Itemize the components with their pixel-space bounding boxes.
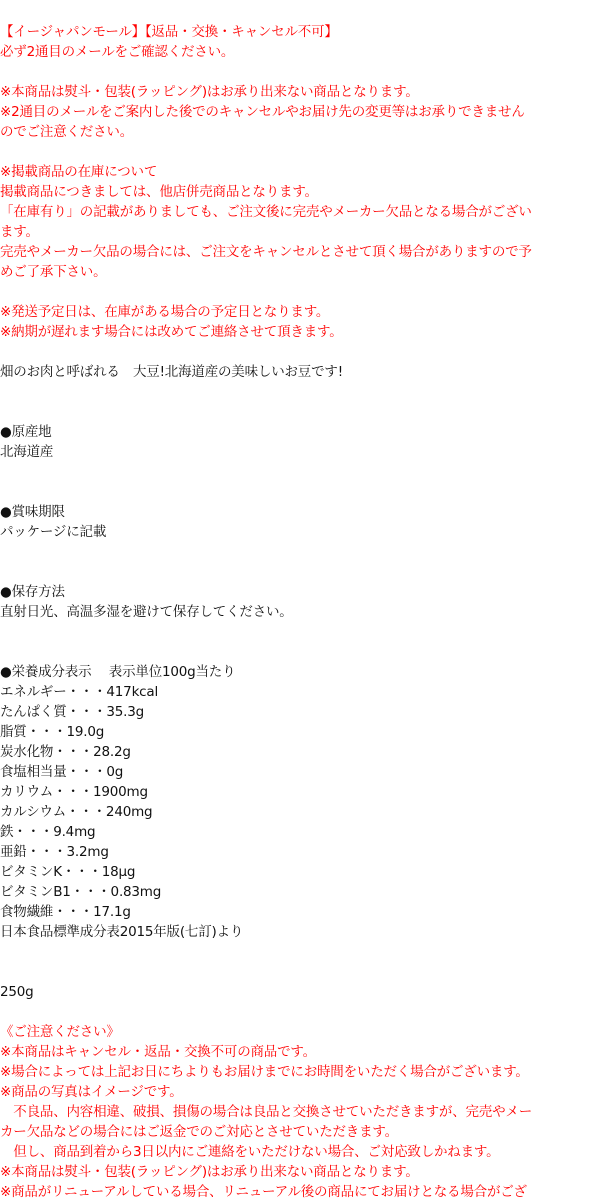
shipping-notice: ※発送予定日は、在庫がある場合の予定日となります。 ※納期が遅れます場合には改め…: [0, 302, 600, 342]
caution-line: ※場合によっては上記お日にちよりもお届けまでにお時間をいただく場合がございます。: [0, 1062, 600, 1082]
caution-line: カー欠品などの場合にはご返金でのご対応とさせていただきます。: [0, 1122, 600, 1142]
notice-line: 完売やメーカー欠品の場合には、ご注文をキャンセルとさせて頂く場合がありますので予: [0, 242, 600, 262]
spacer: [0, 342, 600, 362]
nutrition-item: 食物繊維・・・17.1g: [0, 902, 600, 922]
best-before-section: ●賞味期限 パッケージに記載: [0, 502, 600, 542]
nutrition-item: ビタミンB1・・・0.83mg: [0, 882, 600, 902]
section-heading: ●保存方法: [0, 582, 600, 602]
origin-section: ●原産地 北海道産: [0, 422, 600, 462]
notice-line: ※2通目のメールをご案内した後でのキャンセルやお届け先の変更等はお承りできません: [0, 102, 600, 122]
caution-heading: 《ご注意ください》: [0, 1022, 600, 1042]
nutrition-item: ビタミンK・・・18μg: [0, 862, 600, 882]
stock-notice: ※掲載商品の在庫について 掲載商品につきましては、他店併売商品となります。 「在…: [0, 162, 600, 282]
wrapping-notice: ※本商品は熨斗・包装(ラッピング)はお承り出来ない商品となります。 ※2通目のメ…: [0, 82, 600, 142]
nutrition-item: 食塩相当量・・・0g: [0, 762, 600, 782]
notice-line: めご了承下さい。: [0, 262, 600, 282]
nutrition-item: カリウム・・・1900mg: [0, 782, 600, 802]
spacer: [0, 282, 600, 302]
nutrition-item: エネルギー・・・417kcal: [0, 682, 600, 702]
caution-line: 但し、商品到着から3日以内にご連絡をいただけない場合、ご対応致しかねます。: [0, 1142, 600, 1162]
spacer: [0, 142, 600, 162]
caution-line: ※本商品はキャンセル・返品・交換不可の商品です。: [0, 1042, 600, 1062]
caution-line: ※商品の写真はイメージです。: [0, 1082, 600, 1102]
nutrition-item: 炭水化物・・・28.2g: [0, 742, 600, 762]
spacer: [0, 942, 600, 962]
spacer: [0, 1002, 600, 1022]
nutrition-item: 脂質・・・19.0g: [0, 722, 600, 742]
nutrition-source: 日本食品標準成分表2015年版(七訂)より: [0, 922, 600, 942]
notice-line: ※納期が遅れます場合には改めてご連絡させて頂きます。: [0, 322, 600, 342]
catchphrase: 畑のお肉と呼ばれる 大豆!北海道産の美味しいお豆です!: [0, 362, 600, 382]
spacer: [0, 622, 600, 642]
nutrition-item: 亜鉛・・・3.2mg: [0, 842, 600, 862]
notice-line: 「在庫有り」の記載がありましても、ご注文後に完売やメーカー欠品となる場合がござい: [0, 202, 600, 222]
caution-line: ※本商品は熨斗・包装(ラッピング)はお承り出来ない商品となります。: [0, 1162, 600, 1182]
section-heading: ●栄養成分表示 表示単位100g当たり: [0, 662, 600, 682]
section-value: 直射日光、高温多湿を避けて保存してください。: [0, 602, 600, 622]
caution-section: 《ご注意ください》 ※本商品はキャンセル・返品・交換不可の商品です。 ※場合によ…: [0, 1022, 600, 1200]
nutrition-item: カルシウム・・・240mg: [0, 802, 600, 822]
spacer: [0, 962, 600, 982]
spacer: [0, 642, 600, 662]
storage-section: ●保存方法 直射日光、高温多湿を避けて保存してください。: [0, 582, 600, 622]
spacer: [0, 562, 600, 582]
notice-line: ※本商品は熨斗・包装(ラッピング)はお承り出来ない商品となります。: [0, 82, 600, 102]
spacer: [0, 462, 600, 482]
spacer: [0, 382, 600, 402]
notice-line: ます。: [0, 222, 600, 242]
section-value: パッケージに記載: [0, 522, 600, 542]
spacer: [0, 482, 600, 502]
notice-line: ※掲載商品の在庫について: [0, 162, 600, 182]
notice-line: 必ず2通目のメールをご確認ください。: [0, 42, 600, 62]
caution-line: ※商品がリニューアルしている場合、リニューアル後の商品にてお届けとなる場合がござ: [0, 1182, 600, 1200]
notice-line: のでご注意ください。: [0, 122, 600, 142]
header-notice: 【イージャパンモール】【返品・交換・キャンセル不可】 必ず2通目のメールをご確認…: [0, 22, 600, 62]
spacer: [0, 542, 600, 562]
nutrition-item: 鉄・・・9.4mg: [0, 822, 600, 842]
notice-line: 【イージャパンモール】【返品・交換・キャンセル不可】: [0, 22, 600, 42]
product-description: 【イージャパンモール】【返品・交換・キャンセル不可】 必ず2通目のメールをご確認…: [0, 22, 600, 1200]
notice-line: ※発送予定日は、在庫がある場合の予定日となります。: [0, 302, 600, 322]
notice-line: 掲載商品につきましては、他店併売商品となります。: [0, 182, 600, 202]
caution-line: 不良品、内容相違、破損、損傷の場合は良品と交換させていただきますが、完売やメー: [0, 1102, 600, 1122]
section-heading: ●原産地: [0, 422, 600, 442]
nutrition-section: ●栄養成分表示 表示単位100g当たり エネルギー・・・417kcal たんぱく…: [0, 662, 600, 942]
section-value: 北海道産: [0, 442, 600, 462]
spacer: [0, 402, 600, 422]
spacer: [0, 62, 600, 82]
nutrition-item: たんぱく質・・・35.3g: [0, 702, 600, 722]
net-weight: 250g: [0, 982, 600, 1002]
section-heading: ●賞味期限: [0, 502, 600, 522]
